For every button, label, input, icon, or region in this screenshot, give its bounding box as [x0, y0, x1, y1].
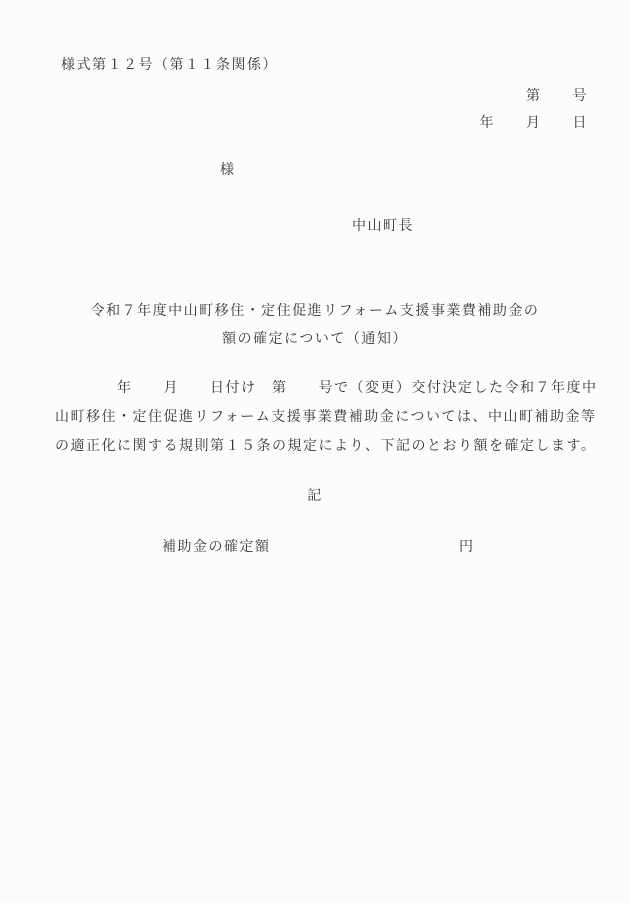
document-page: 様式第１２号（第１１条関係） 第 号 年 月 日 様 中山町長 令和７年度中山町… [0, 0, 630, 903]
document-title-line-2: 額の確定について（通知） [0, 325, 630, 353]
body-line-1: 年 月 日付け 第 号で（変更）交付決定した令和７年度中 [55, 374, 598, 403]
document-title-line-1: 令和７年度中山町移住・定住促進リフォーム支援事業費補助金の [0, 297, 630, 325]
body-line-2: 山町移住・定住促進リフォーム支援事業費補助金については、中山町補助金等 [55, 403, 598, 432]
body-paragraph: 年 月 日付け 第 号で（変更）交付決定した令和７年度中 山町移住・定住促進リフ… [55, 374, 598, 461]
record-marker: 記 [0, 485, 630, 505]
amount-unit-yen: 円 [459, 539, 475, 555]
body-line-3: の適正化に関する規則第１５条の規定により、下記のとおり額を確定します。 [55, 432, 598, 461]
form-number: 様式第１２号（第１１条関係） [61, 57, 278, 73]
document-number-line: 第 号 [526, 88, 588, 104]
document-title: 令和７年度中山町移住・定住促進リフォーム支援事業費補助金の 額の確定について（通… [0, 297, 630, 353]
date-line: 年 月 日 [480, 115, 589, 131]
amount-label: 補助金の確定額 [162, 539, 271, 555]
recipient-honorific: 様 [220, 162, 236, 178]
sender-name: 中山町長 [352, 218, 414, 234]
